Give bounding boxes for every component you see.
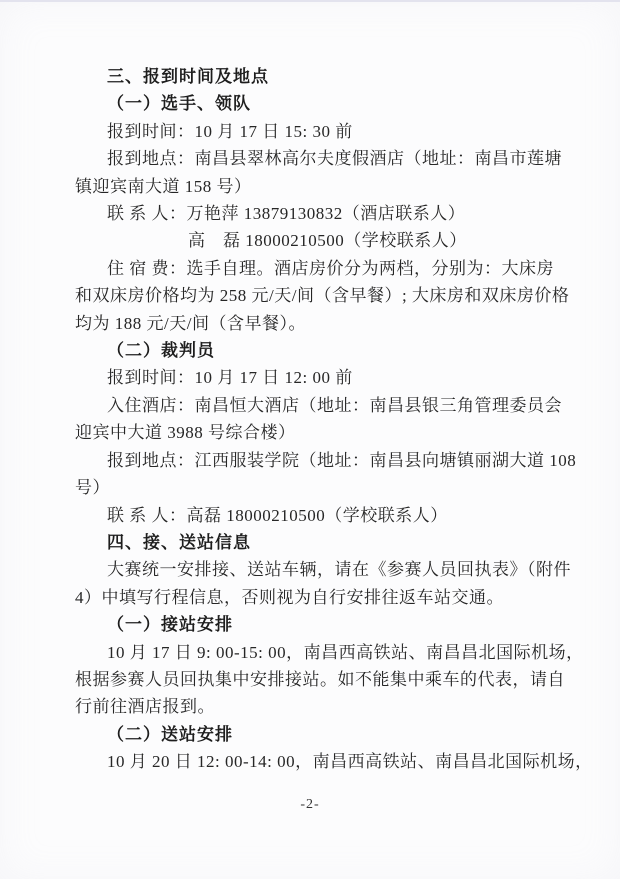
report-location-players-line2: 镇迎宾南大道 158 号） [75, 173, 553, 200]
section-heading-report-time-location: 三、报到时间及地点 [75, 63, 553, 90]
dropoff-detail-line1: 10 月 20 日 12: 00-14: 00，南昌西高铁站、南昌昌北国际机场， [75, 748, 553, 775]
referee-hotel-line2: 迎宾中大道 3988 号综合楼） [75, 419, 553, 446]
accommodation-fee-line1: 住 宿 费：选手自理。酒店房价分为两档，分别为：大床房 [75, 255, 553, 282]
accommodation-fee-line3: 均为 188 元/天/间（含早餐）。 [75, 310, 553, 337]
report-location-referees-line2: 号） [75, 474, 553, 501]
referee-hotel-line1: 入住酒店：南昌恒大酒店（地址：南昌县银三角管理委员会 [75, 392, 553, 419]
contact-school-line: 高 磊 18000210500（学校联系人） [75, 227, 553, 254]
subsection-heading-dropoff-arrangement: （二）送站安排 [75, 721, 553, 748]
section-heading-station-transfer-info: 四、接、送站信息 [75, 529, 553, 556]
report-location-referees-line1: 报到地点：江西服装学院（地址：南昌县向塘镇丽湖大道 108 [75, 447, 553, 474]
report-time-referees: 报到时间：10 月 17 日 12: 00 前 [75, 364, 553, 391]
page-number: -2- [0, 797, 620, 813]
pickup-detail-line2: 根据参赛人员回执集中安排接站。如不能集中乘车的代表，请自 [75, 666, 553, 693]
subsection-heading-pickup-arrangement: （一）接站安排 [75, 611, 553, 638]
pickup-detail-line1: 10 月 17 日 9: 00-15: 00，南昌西高铁站、南昌昌北国际机场， [75, 639, 553, 666]
contact-referees-line: 联 系 人：高磊 18000210500（学校联系人） [75, 502, 553, 529]
report-location-players-line1: 报到地点：南昌县翠林高尔夫度假酒店（地址：南昌市莲塘 [75, 145, 553, 172]
subsection-heading-players-leaders: （一）选手、领队 [75, 90, 553, 117]
accommodation-fee-line2: 和双床房价格均为 258 元/天/间（含早餐）; 大床房和双床房价格 [75, 282, 553, 309]
transfer-intro-line2: 4）中填写行程信息，否则视为自行安排往返车站交通。 [75, 584, 553, 611]
subsection-heading-referees: （二）裁判员 [75, 337, 553, 364]
scanned-document-page: 三、报到时间及地点 （一）选手、领队 报到时间：10 月 17 日 15: 30… [0, 0, 620, 879]
contact-hotel-line: 联 系 人：万艳萍 13879130832（酒店联系人） [75, 200, 553, 227]
pickup-detail-line3: 行前往酒店报到。 [75, 693, 553, 720]
transfer-intro-line1: 大赛统一安排接、送站车辆，请在《参赛人员回执表》（附件 [75, 556, 553, 583]
document-body: 三、报到时间及地点 （一）选手、领队 报到时间：10 月 17 日 15: 30… [75, 63, 553, 776]
report-time-players: 报到时间：10 月 17 日 15: 30 前 [75, 118, 553, 145]
